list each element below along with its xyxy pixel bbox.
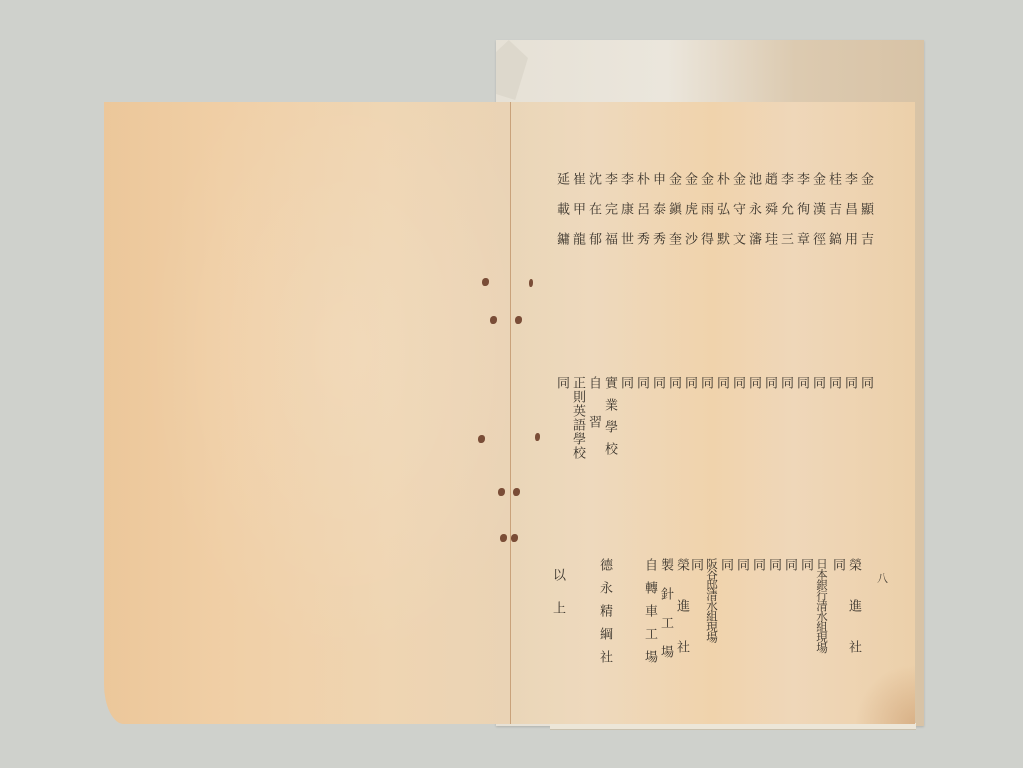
school-entry: 自習 bbox=[587, 376, 600, 454]
binding-hole bbox=[511, 534, 518, 542]
school-entry: 同 bbox=[555, 376, 568, 389]
workplace-entry: 同 bbox=[719, 558, 732, 571]
name-entry: 沈在郁 bbox=[587, 172, 600, 262]
name-entry: 金鎭奎 bbox=[667, 172, 680, 262]
page-number: 八 bbox=[877, 570, 888, 586]
school-entry: 同 bbox=[635, 376, 648, 389]
binding-hole bbox=[515, 316, 522, 324]
name-entry: 申泰秀 bbox=[651, 172, 664, 262]
school-entry: 同 bbox=[683, 376, 696, 389]
name-entry: 李昌用 bbox=[843, 172, 856, 262]
name-entry: 趙舜珪 bbox=[763, 172, 776, 262]
closing-mark: 以上 bbox=[551, 568, 564, 634]
name-entry: 李康世 bbox=[619, 172, 632, 262]
school-entry: 同 bbox=[619, 376, 632, 389]
left-page bbox=[104, 102, 510, 724]
school-entry: 實業學校 bbox=[603, 376, 616, 464]
name-entry: 李允三 bbox=[779, 172, 792, 262]
workplace-entry: 同 bbox=[799, 558, 812, 571]
name-entry: 桂吉鎬 bbox=[827, 172, 840, 262]
binding-hole bbox=[535, 433, 540, 441]
workplace-entry: 製針工場 bbox=[659, 558, 672, 674]
binding-hole bbox=[478, 435, 485, 443]
binding-hole bbox=[498, 488, 505, 496]
workplace-entry: 德永精綱社 bbox=[598, 558, 611, 673]
school-entry: 同 bbox=[651, 376, 664, 389]
school-entry: 同 bbox=[731, 376, 744, 389]
school-entry: 同 bbox=[795, 376, 808, 389]
right-page: 金顯吉 李昌用 桂吉鎬 金漢徑 李徇章 李允三 趙舜珪 池永瀋 金守文 朴弘默 … bbox=[510, 102, 915, 724]
school-entry: 同 bbox=[747, 376, 760, 389]
workplace-entry: 同 bbox=[735, 558, 748, 571]
workplace-entry: 同 bbox=[831, 558, 844, 571]
name-entry: 崔甲龍 bbox=[571, 172, 584, 262]
back-sheet-edge bbox=[550, 723, 916, 730]
workplace-entry: 同 bbox=[783, 558, 796, 571]
binding-hole bbox=[529, 279, 533, 287]
school-entry: 正則英語學校 bbox=[571, 376, 584, 460]
binding-hole bbox=[482, 278, 489, 286]
binding-hole bbox=[500, 534, 507, 542]
name-entry: 金守文 bbox=[731, 172, 744, 262]
binding-hole bbox=[513, 488, 520, 496]
name-entry: 朴弘默 bbox=[715, 172, 728, 262]
workplace-entry: 同 bbox=[751, 558, 764, 571]
name-entry: 池永瀋 bbox=[747, 172, 760, 262]
name-entry: 金顯吉 bbox=[859, 172, 872, 262]
workplace-entry: 自轉車工場 bbox=[643, 558, 656, 673]
workplace-entry: 同 bbox=[767, 558, 780, 571]
binding-hole bbox=[490, 316, 497, 324]
school-entry: 同 bbox=[843, 376, 856, 389]
name-entry: 李徇章 bbox=[795, 172, 808, 262]
name-entry: 延載鏞 bbox=[555, 172, 568, 262]
workplace-entry: 日本銀行清水組現場 bbox=[815, 558, 828, 653]
folded-corner bbox=[496, 40, 528, 100]
name-entry: 金雨得 bbox=[699, 172, 712, 262]
school-entry: 同 bbox=[859, 376, 872, 389]
workplace-entry: 榮進社 bbox=[675, 558, 688, 681]
school-entry: 同 bbox=[827, 376, 840, 389]
school-entry: 同 bbox=[715, 376, 728, 389]
name-entry: 李完福 bbox=[603, 172, 616, 262]
workplace-entry: 榮進社 bbox=[847, 558, 860, 681]
name-entry: 金漢徑 bbox=[811, 172, 824, 262]
workplace-entry: 阪谷邸清水組現場 bbox=[705, 558, 718, 642]
school-entry: 同 bbox=[699, 376, 712, 389]
school-entry: 同 bbox=[811, 376, 824, 389]
school-entry: 同 bbox=[779, 376, 792, 389]
workplace-entry: 同 bbox=[689, 558, 702, 571]
school-entry: 同 bbox=[763, 376, 776, 389]
school-entry: 同 bbox=[667, 376, 680, 389]
name-entry: 朴呂秀 bbox=[635, 172, 648, 262]
name-entry: 金虎沙 bbox=[683, 172, 696, 262]
